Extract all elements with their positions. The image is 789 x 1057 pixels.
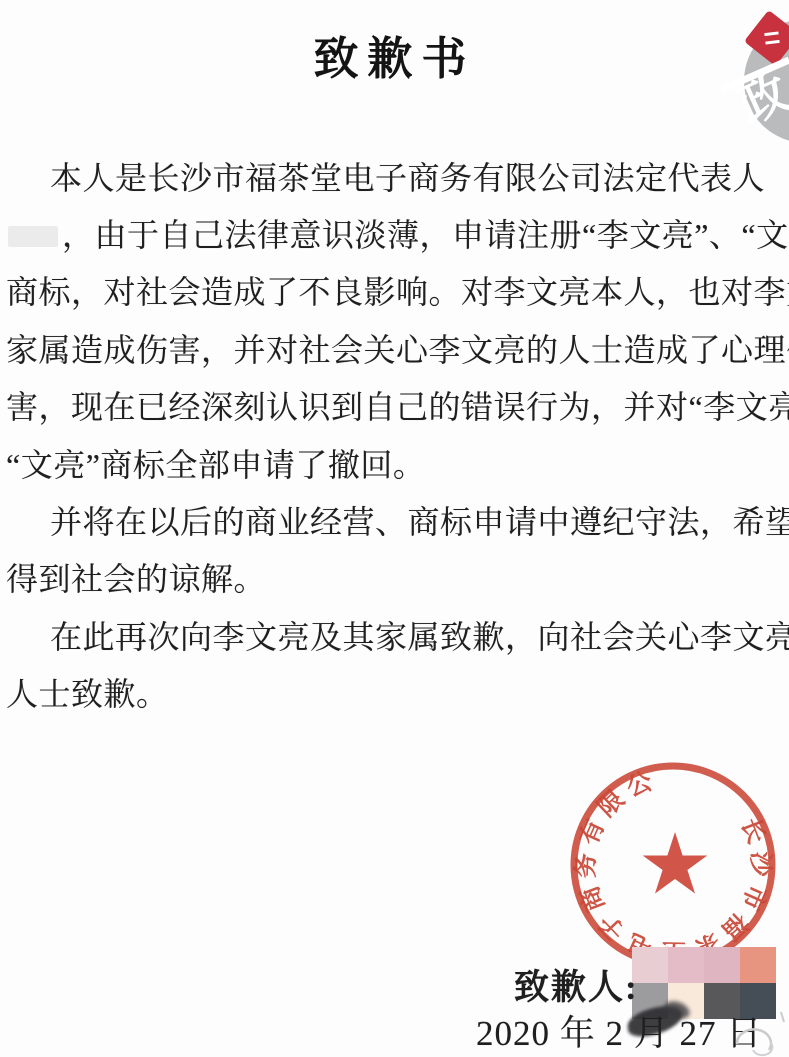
body-line-10-text: 人士致歉。 (6, 669, 169, 715)
body-line-4: 家属造成伤害，并对社会关心李文亮的人士造成了心理伤 (6, 319, 785, 376)
body-line-9: 在此再次向李文亮及其家属致歉，向社会关心李文亮的 (6, 606, 785, 663)
body-line-7: 并将在以后的商业经营、商标申请中遵纪守法，希望能 (6, 491, 785, 548)
signer-label: 致歉人: (514, 960, 639, 1010)
document-body: 本人是长沙市福茶堂电子商务有限公司法定代表人 ，由于自己法律意识淡薄，申请注册“… (6, 147, 785, 721)
body-line-8-text: 得到社会的谅解。 (6, 554, 266, 600)
body-line-4-text: 家属造成伤害，并对社会关心李文亮的人士造成了心理伤 (6, 325, 789, 371)
body-line-6: “文亮”商标全部申请了撤回。 (6, 434, 785, 491)
mosaic-block (704, 947, 740, 983)
body-line-10: 人士致歉。 (6, 664, 785, 721)
body-line-3: 商标，对社会造成了不良影响。对李文亮本人，也对李文亮 (6, 262, 785, 319)
body-line-8: 得到社会的谅解。 (6, 549, 785, 606)
body-line-2-text: ，由于自己法律意识淡薄，申请注册“李文亮”、“文亮” (62, 210, 789, 256)
press-watermark: 政 (715, 8, 789, 150)
redacted-name-box (8, 226, 58, 247)
apology-letter-document: 致歉书 本人是长沙市福茶堂电子商务有限公司法定代表人 ，由于自己法律意识淡薄，申… (0, 0, 789, 1057)
swirl-tick (781, 1012, 784, 1022)
body-line-5-text: 害，现在已经深刻认识到自己的错误行为，并对“李文亮”、 (6, 382, 789, 428)
body-line-3-text: 商标，对社会造成了不良影响。对李文亮本人，也对李文亮 (6, 267, 789, 313)
body-line-6-text: “文亮”商标全部申请了撤回。 (6, 440, 425, 486)
swirl-arc-outer (737, 1029, 771, 1050)
seal-star-icon (643, 832, 708, 894)
body-line-7-text: 并将在以后的商业经营、商标申请中遵纪守法，希望能 (50, 497, 789, 543)
mosaic-block (740, 947, 776, 983)
body-line-1-text: 本人是长沙市福茶堂电子商务有限公司法定代表人 (50, 153, 765, 199)
body-line-2: ，由于自己法律意识淡薄，申请注册“李文亮”、“文亮” (6, 204, 785, 261)
mosaic-block (668, 947, 704, 983)
faint-swirl-mark (723, 1002, 789, 1057)
document-title: 致歉书 (0, 22, 789, 87)
body-line-9-text: 在此再次向李文亮及其家属致歉，向社会关心李文亮的 (50, 612, 789, 658)
body-line-5: 害，现在已经深刻认识到自己的错误行为，并对“李文亮”、 (6, 377, 785, 434)
document-date: 2020 年 2 月 27 日 (476, 1006, 762, 1056)
body-line-1: 本人是长沙市福茶堂电子商务有限公司法定代表人 (6, 147, 785, 204)
